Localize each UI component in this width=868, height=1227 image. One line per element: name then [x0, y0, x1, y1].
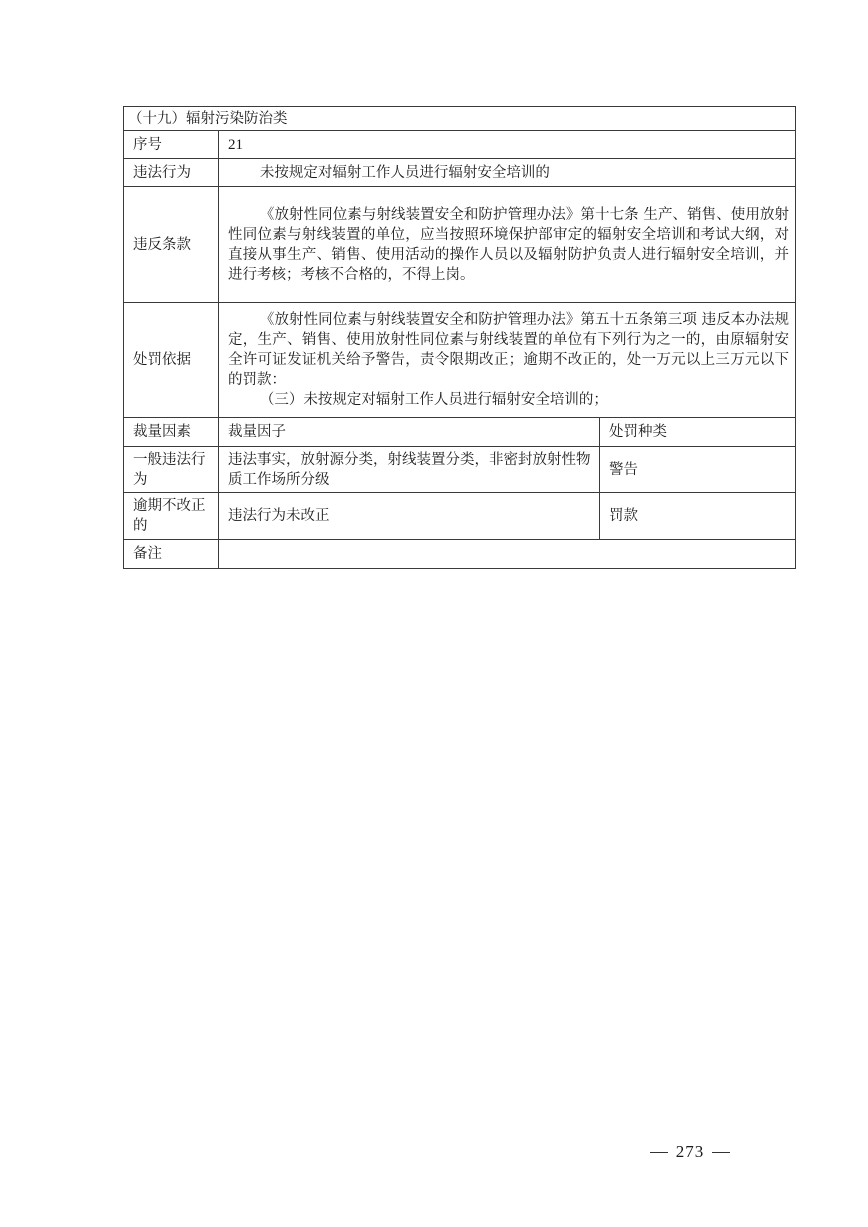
left-dash — [650, 1152, 668, 1153]
violated-clause-label: 违反条款 — [124, 187, 219, 303]
violation-row: 违法行为 未按规定对辐射工作人员进行辐射安全培训的 — [124, 159, 796, 187]
general-violation-penalty: 警告 — [600, 447, 796, 493]
overdue-uncorrected-penalty: 罚款 — [600, 493, 796, 540]
discretion-header-label: 裁量因素 — [124, 418, 219, 447]
violated-clause-cell: 《放射性同位素与射线装置安全和防护管理办法》第十七条 生产、销售、使用放射性同位… — [219, 187, 796, 303]
overdue-uncorrected-factor: 违法行为未改正 — [219, 493, 600, 540]
penalty-basis-paragraph-1: 《放射性同位素与射线装置安全和防护管理办法》第五十五条第三项 违反本办法规定，生… — [228, 310, 789, 390]
discretion-header-row: 裁量因素 裁量因子 处罚种类 — [124, 418, 796, 447]
overdue-uncorrected-label: 逾期不改正的 — [124, 493, 219, 540]
penalty-basis-label: 处罚依据 — [124, 303, 219, 418]
remarks-value — [219, 540, 796, 569]
penalty-basis-paragraph-2: （三）未按规定对辐射工作人员进行辐射安全培训的； — [228, 390, 789, 410]
serial-value: 21 — [219, 131, 796, 159]
general-violation-row: 一般违法行为 违法事实，放射源分类，射线装置分类，非密封放射性物质工作场所分级 … — [124, 447, 796, 493]
section-title: （十九）辐射污染防治类 — [124, 107, 796, 131]
violated-clause-row: 违反条款 《放射性同位素与射线装置安全和防护管理办法》第十七条 生产、销售、使用… — [124, 187, 796, 303]
violated-clause-text: 《放射性同位素与射线装置安全和防护管理办法》第十七条 生产、销售、使用放射性同位… — [228, 205, 789, 285]
serial-label: 序号 — [124, 131, 219, 159]
violation-value: 未按规定对辐射工作人员进行辐射安全培训的 — [219, 159, 796, 187]
penalty-basis-cell: 《放射性同位素与射线装置安全和防护管理办法》第五十五条第三项 违反本办法规定，生… — [219, 303, 796, 418]
overdue-uncorrected-row: 逾期不改正的 违法行为未改正 罚款 — [124, 493, 796, 540]
serial-row: 序号 21 — [124, 131, 796, 159]
penalty-type-header: 处罚种类 — [600, 418, 796, 447]
remarks-label: 备注 — [124, 540, 219, 569]
page-footer: 273 — [640, 1142, 740, 1162]
section-title-row: （十九）辐射污染防治类 — [124, 107, 796, 131]
penalty-discretion-table: （十九）辐射污染防治类 序号 21 违法行为 未按规定对辐射工作人员进行辐射安全… — [123, 106, 796, 569]
violation-label: 违法行为 — [124, 159, 219, 187]
page-number: 273 — [676, 1142, 705, 1161]
discretion-factor-header: 裁量因子 — [219, 418, 600, 447]
general-violation-label: 一般违法行为 — [124, 447, 219, 493]
penalty-basis-row: 处罚依据 《放射性同位素与射线装置安全和防护管理办法》第五十五条第三项 违反本办… — [124, 303, 796, 418]
right-dash — [712, 1152, 730, 1153]
general-violation-factor: 违法事实，放射源分类，射线装置分类，非密封放射性物质工作场所分级 — [219, 447, 600, 493]
remarks-row: 备注 — [124, 540, 796, 569]
